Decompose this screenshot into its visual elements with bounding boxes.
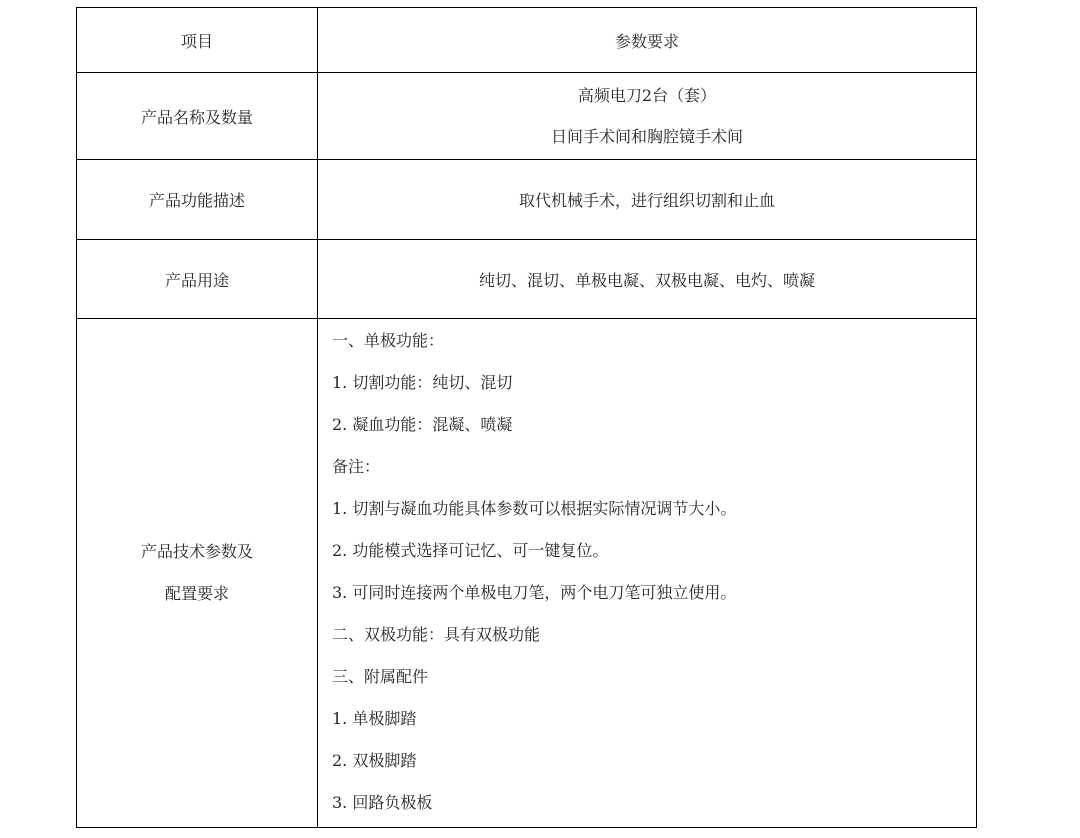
row-product-function: 产品功能描述 取代机械手术，进行组织切割和止血 [77,160,976,240]
spec-table: 项目 参数要求 产品名称及数量 高频电刀2台（套） 日间手术间和胸腔镜手术间 产… [76,7,977,828]
product-name-qty-label-cell: 产品名称及数量 [77,73,318,159]
header-requirement-label: 参数要求 [615,29,679,52]
tech-params-value-cell: 一、单极功能： 1. 切割功能：纯切、混切 2. 凝血功能：混凝、喷凝 备注： … [318,319,976,827]
product-usage-label-cell: 产品用途 [77,240,318,318]
row-label: 产品用途 [165,268,229,291]
cell-line: 三、附属配件 [332,656,428,698]
cell-line: 备注： [332,446,380,488]
cell-line: 一、单极功能： [332,320,444,362]
header-item-label: 项目 [181,29,213,52]
cell-line: 1. 切割功能：纯切、混切 [332,362,512,404]
header-requirement-cell: 参数要求 [318,8,976,72]
cell-line: 2. 功能模式选择可记忆、可一键复位。 [332,530,608,572]
row-label: 产品技术参数及 [141,531,253,573]
cell-line: 日间手术间和胸腔镜手术间 [551,116,743,157]
cell-line: 3. 回路负极板 [332,782,432,824]
cell-line: 3. 可同时连接两个单极电刀笔，两个电刀笔可独立使用。 [332,572,736,614]
cell-line: 1. 单极脚踏 [332,698,416,740]
product-name-qty-value-cell: 高频电刀2台（套） 日间手术间和胸腔镜手术间 [318,73,976,159]
header-row: 项目 参数要求 [77,8,976,73]
cell-line: 高频电刀2台（套） [578,75,716,116]
cell-line: 2. 凝血功能：混凝、喷凝 [332,404,512,446]
row-product-usage: 产品用途 纯切、混切、单极电凝、双极电凝、电灼、喷凝 [77,240,976,319]
cell-line: 取代机械手术，进行组织切割和止血 [519,188,775,211]
product-function-label-cell: 产品功能描述 [77,160,318,239]
product-usage-value-cell: 纯切、混切、单极电凝、双极电凝、电灼、喷凝 [318,240,976,318]
row-label: 产品功能描述 [149,188,245,211]
tech-params-label-cell: 产品技术参数及 配置要求 [77,319,318,827]
product-function-value-cell: 取代机械手术，进行组织切割和止血 [318,160,976,239]
document-page: 项目 参数要求 产品名称及数量 高频电刀2台（套） 日间手术间和胸腔镜手术间 产… [0,0,1080,838]
row-tech-params: 产品技术参数及 配置要求 一、单极功能： 1. 切割功能：纯切、混切 2. 凝血… [77,319,976,827]
row-label: 配置要求 [165,573,229,615]
header-item-cell: 项目 [77,8,318,72]
row-label: 产品名称及数量 [141,105,253,128]
row-product-name-qty: 产品名称及数量 高频电刀2台（套） 日间手术间和胸腔镜手术间 [77,73,976,160]
cell-line: 二、双极功能：具有双极功能 [332,614,540,656]
cell-line: 2. 双极脚踏 [332,740,416,782]
cell-line: 纯切、混切、单极电凝、双极电凝、电灼、喷凝 [479,268,815,291]
cell-line: 1. 切割与凝血功能具体参数可以根据实际情况调节大小。 [332,488,736,530]
